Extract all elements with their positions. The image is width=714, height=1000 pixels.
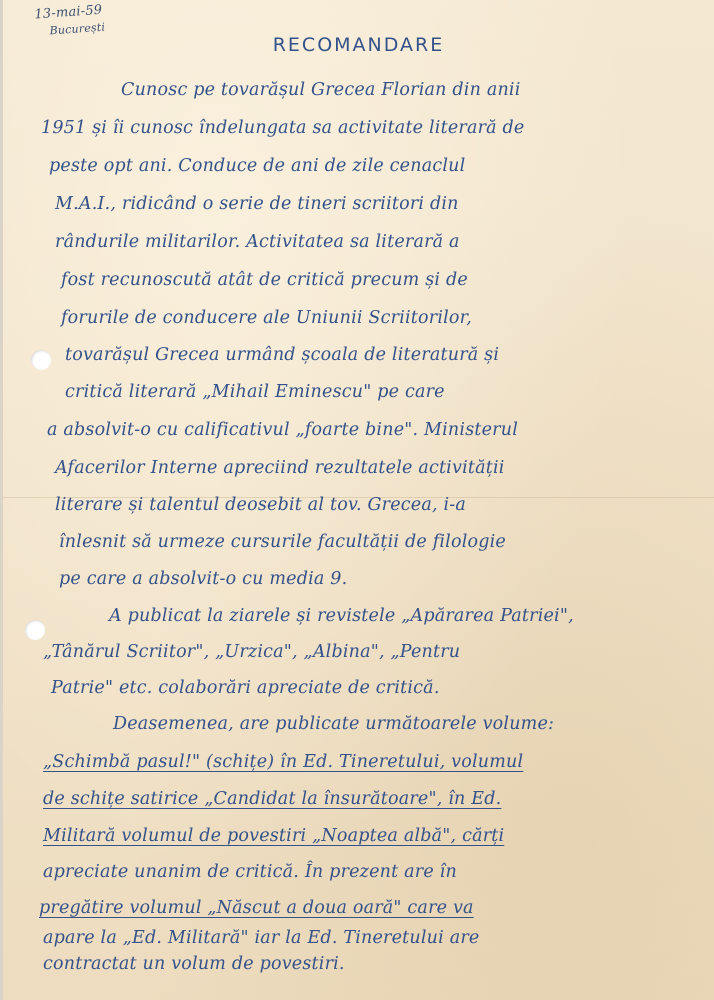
body-line: a absolvit-o cu calificativul „foarte bi… [47,420,518,440]
body-line: înlesnit să urmeze cursurile facultății … [59,532,506,552]
body-line-with-title: Militară volumul de povestiri „Noaptea a… [43,826,504,846]
body-line: contractat un volum de povestiri. [43,954,345,974]
body-line: critică literară „Mihail Eminescu" pe ca… [65,382,445,402]
body-line: literare și talentul deosebit al tov. Gr… [55,495,466,515]
body-line: apare la „Ed. Militară" iar la Ed. Tiner… [43,928,479,948]
letter-title: RECOMANDARE [3,34,714,56]
body-line: tovarășul Grecea urmând școala de litera… [65,345,499,365]
letter-page: 13-mai-59 București RECOMANDARE Cunosc p… [0,0,714,1000]
body-line: Cunosc pe tovarășul Grecea Florian din a… [121,80,521,100]
body-line: „Tânărul Scriitor", „Urzica", „Albina", … [43,642,460,662]
punch-hole-upper [31,350,51,370]
body-line-with-title: pregătire volumul „Născut a doua oară" c… [39,898,474,918]
body-line: Deasemenea, are publicate următoarele vo… [113,714,554,734]
body-line: Afacerilor Interne apreciind rezultatele… [55,458,505,478]
body-line: forurile de conducere ale Uniunii Scriit… [61,308,472,328]
body-line: Patrie" etc. colaborări apreciate de cri… [51,678,440,698]
body-line: M.A.I., ridicând o serie de tineri scrii… [55,194,459,214]
body-line-with-title: de schițe satirice „Candidat la însurăto… [43,789,501,809]
body-line-with-title: „Schimbă pasul!" (schițe) în Ed. Tineret… [43,752,523,772]
body-line: apreciate unanim de critică. În prezent … [43,862,457,882]
body-line: rândurile militarilor. Activitatea sa li… [55,232,460,252]
body-line: 1951 și îi cunosc îndelungata sa activit… [41,118,525,138]
punch-hole-lower [25,620,45,640]
body-line: pe care a absolvit-o cu media 9. [59,569,347,589]
body-line: A publicat la ziarele și revistele „Apăr… [109,606,574,626]
body-line: fost recunoscută atât de critică precum … [61,270,468,290]
body-line: peste opt ani. Conduce de ani de zile ce… [49,156,465,176]
